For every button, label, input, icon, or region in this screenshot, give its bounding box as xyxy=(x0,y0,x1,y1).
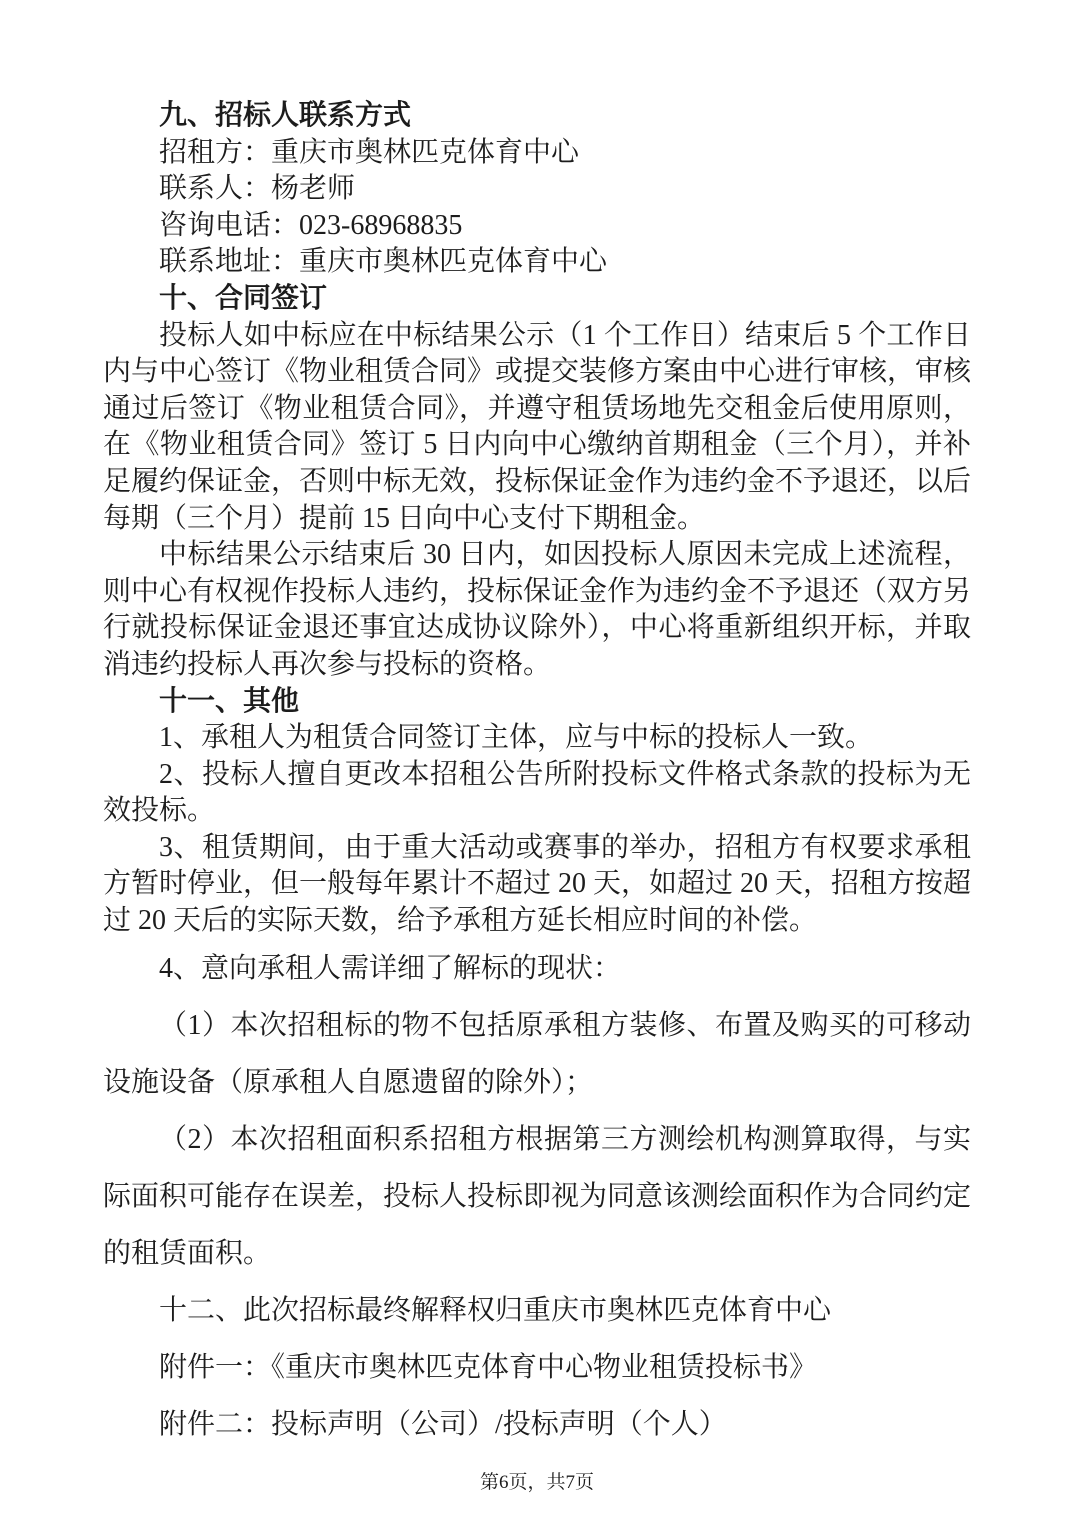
document-page: 九、招标人联系方式 招租方：重庆市奥林匹克体育中心 联系人：杨老师 咨询电话：0… xyxy=(0,0,1074,1520)
other-item-4-sub-1: （1）本次招租标的物不包括原承租方装修、布置及购买的可移动设施设备（原承租人自愿… xyxy=(103,997,971,1111)
contact-line-person: 联系人：杨老师 xyxy=(103,171,971,208)
document-body: 九、招标人联系方式 招租方：重庆市奥林匹克体育中心 联系人：杨老师 咨询电话：0… xyxy=(103,98,971,1453)
section-heading-9: 九、招标人联系方式 xyxy=(103,98,971,135)
section-heading-10: 十、合同签订 xyxy=(103,281,971,318)
page-number-footer: 第6页，共7页 xyxy=(0,1467,1074,1494)
attachment-line-2: 附件二：投标声明（公司）/投标声明（个人） xyxy=(103,1396,971,1453)
other-item-4: 4、意向承租人需详细了解标的现状： xyxy=(103,940,971,997)
paragraph-contract-1: 投标人如中标应在中标结果公示（1 个工作日）结束后 5 个工作日内与中心签订《物… xyxy=(103,318,971,538)
paragraph-contract-2: 中标结果公示结束后 30 日内，如因投标人原因未完成上述流程，则中心有权视作投标… xyxy=(103,537,971,683)
contact-line-phone: 咨询电话：023-68968835 xyxy=(103,208,971,245)
section-heading-11: 十一、其他 xyxy=(103,684,971,721)
other-item-3: 3、租赁期间，由于重大活动或赛事的举办，招租方有权要求承租方暂时停业，但一般每年… xyxy=(103,830,971,940)
contact-line-address: 联系地址：重庆市奥林匹克体育中心 xyxy=(103,244,971,281)
section-line-12: 十二、此次招标最终解释权归重庆市奥林匹克体育中心 xyxy=(103,1282,971,1339)
attachment-line-1: 附件一：《重庆市奥林匹克体育中心物业租赁投标书》 xyxy=(103,1339,971,1396)
contact-line-lessor: 招租方：重庆市奥林匹克体育中心 xyxy=(103,135,971,172)
other-item-1: 1、承租人为租赁合同签订主体，应与中标的投标人一致。 xyxy=(103,720,971,757)
other-item-4-sub-2: （2）本次招租面积系招租方根据第三方测绘机构测算取得，与实际面积可能存在误差，投… xyxy=(103,1111,971,1282)
other-item-2: 2、投标人擅自更改本招租公告所附投标文件格式条款的投标为无效投标。 xyxy=(103,757,971,830)
